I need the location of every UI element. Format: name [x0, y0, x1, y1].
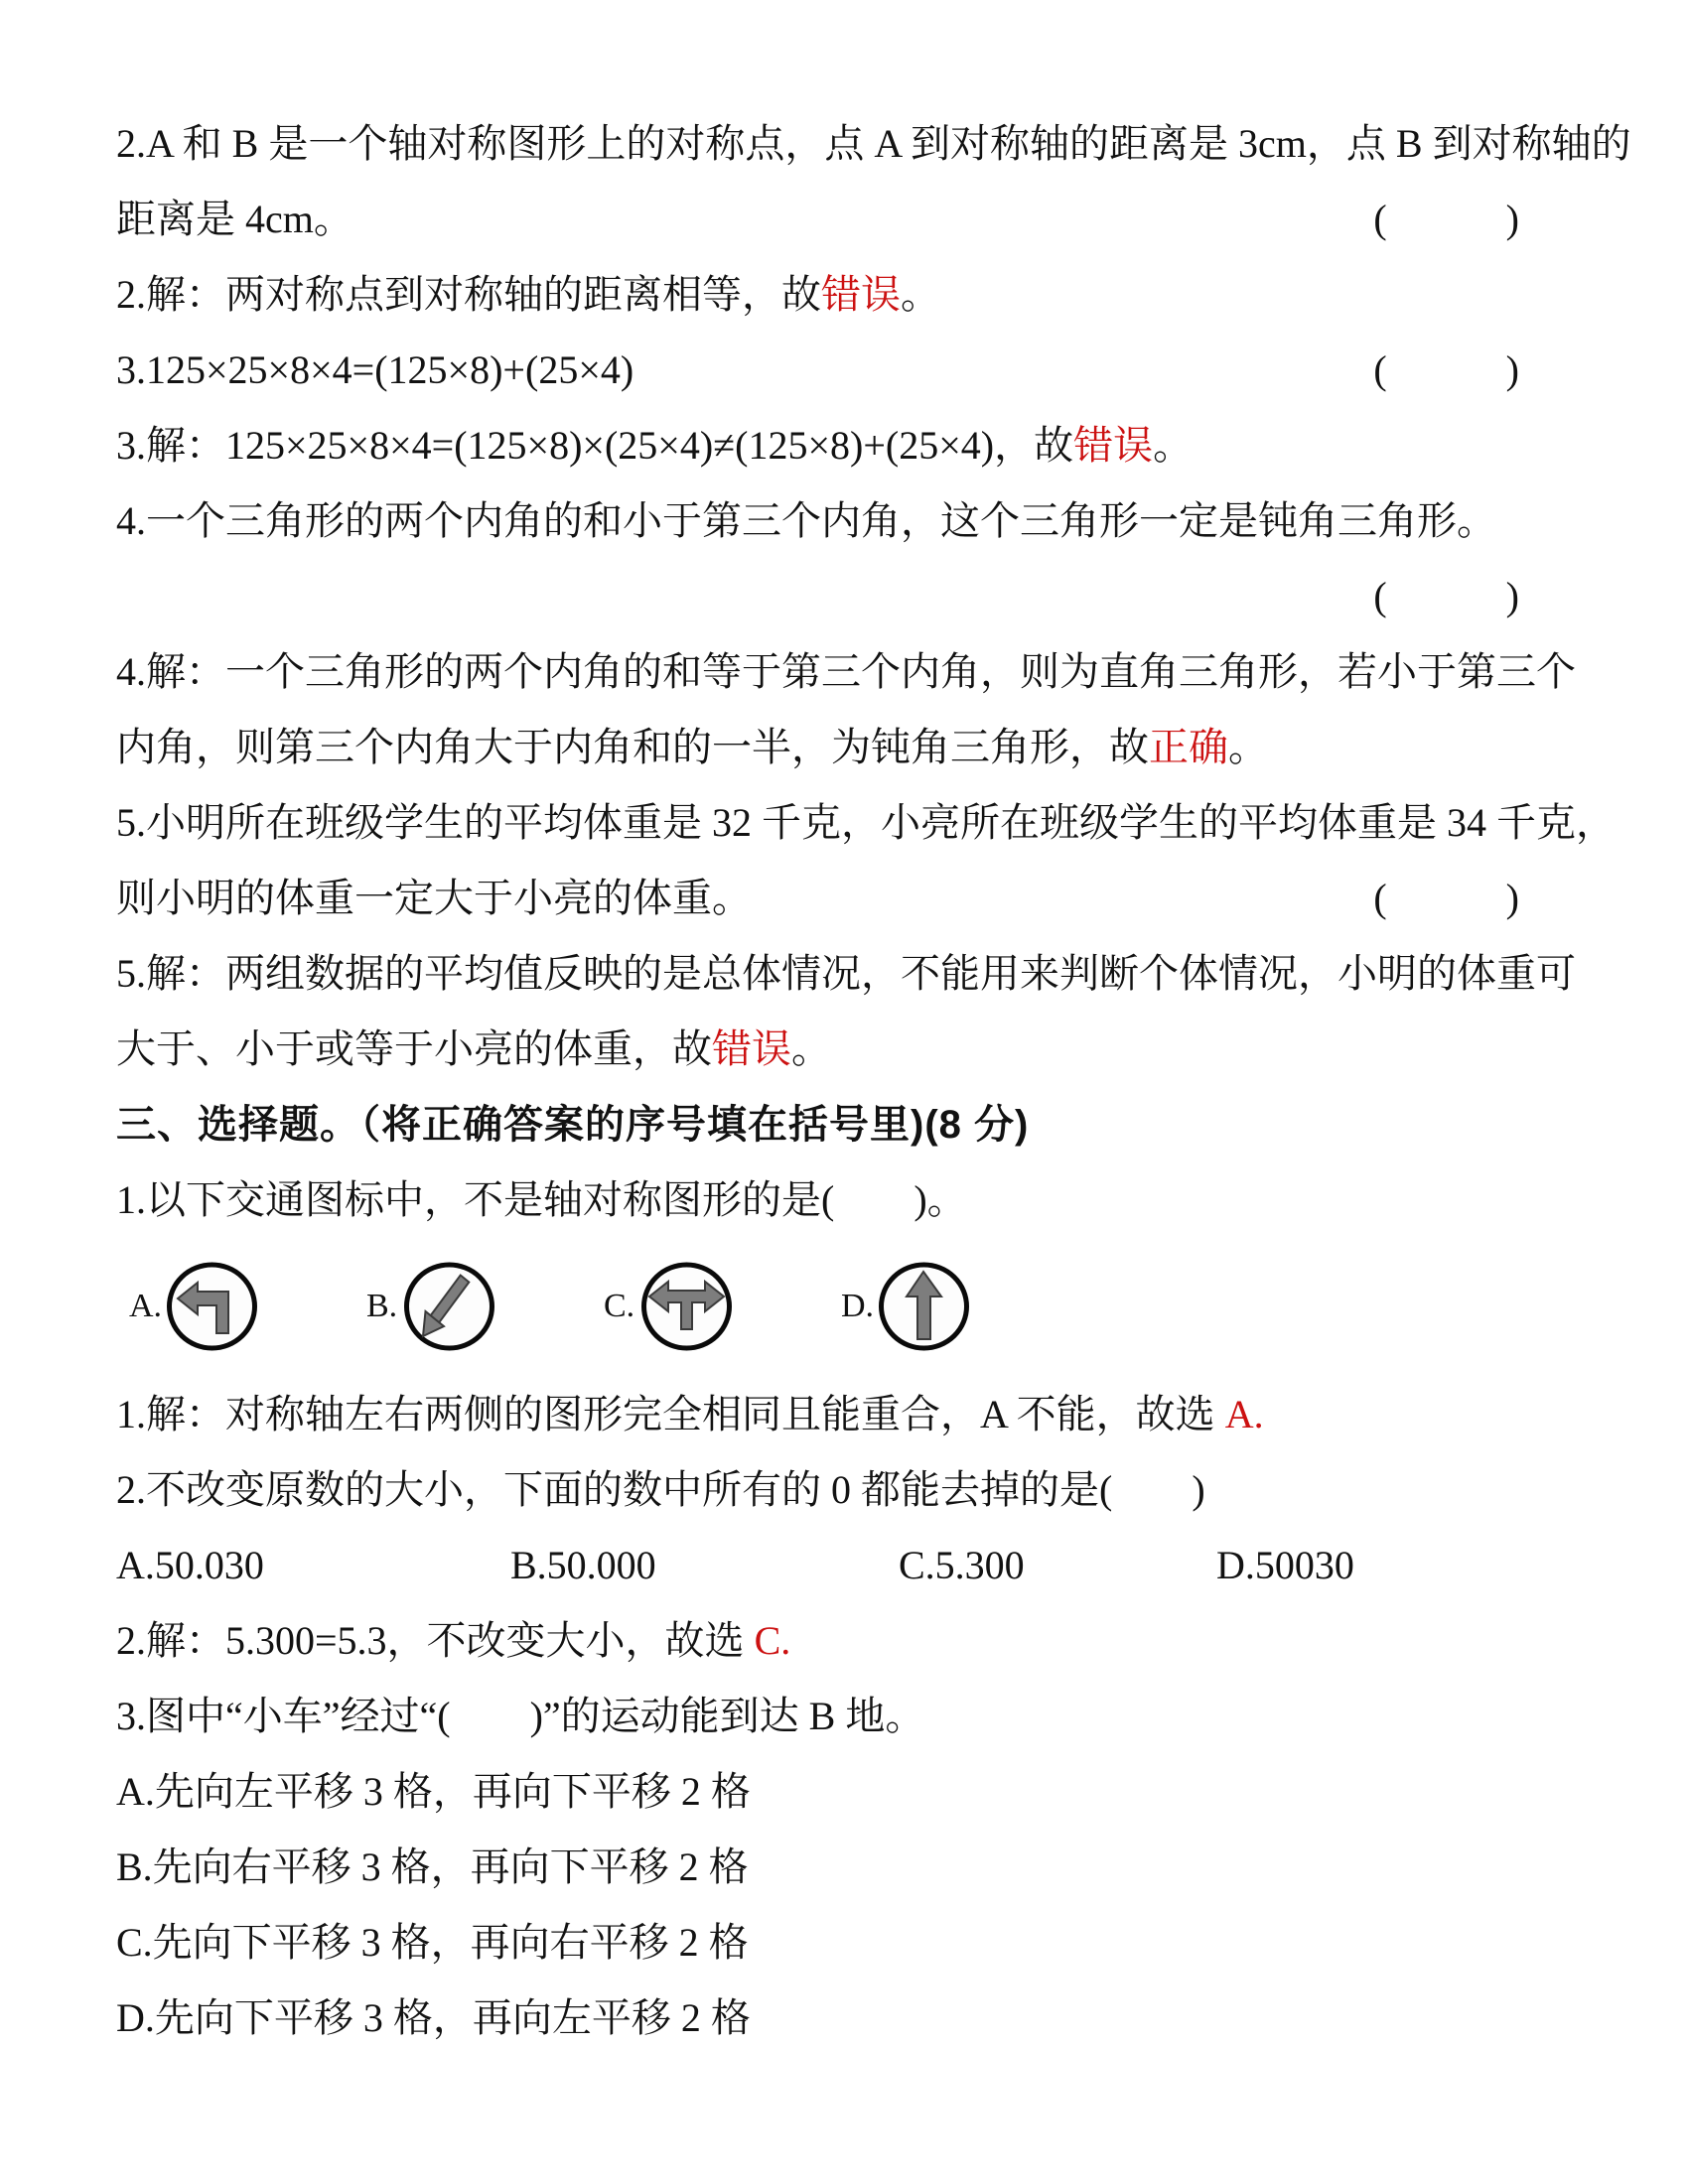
q5-solution-line1: 5.解：两组数据的平均值反映的是总体情况，不能用来判断个体情况，小明的体重可 [116, 936, 1618, 1012]
q2-statement-line1: 2.A 和 B 是一个轴对称图形上的对称点，点 A 到对称轴的距离是 3cm，点… [116, 106, 1618, 182]
mc2-solution-answer: C. [755, 1603, 791, 1679]
mc1-question-text: 1.以下交通图标中，不是轴对称图形的是( )。 [116, 1162, 967, 1238]
q5-solution-line1-text: 5.解：两组数据的平均值反映的是总体情况，不能用来判断个体情况，小明的体重可 [116, 936, 1576, 1012]
mc2-option-b: B.50.000 [510, 1528, 899, 1603]
q4-paren-line: ( ) [116, 559, 1618, 634]
up-arrow-icon [877, 1261, 971, 1352]
mc1-solution: 1.解：对称轴左右两侧的图形完全相同且能重合，A 不能，故选 A. [116, 1377, 1618, 1452]
q3-solution-suffix: 。 [1153, 408, 1193, 483]
section3-heading-text: 三、选择题。（将正确答案的序号填在括号里)(8 分) [116, 1087, 1029, 1162]
sign-a-label: A. [129, 1288, 165, 1325]
mc3-option-a-text: A.先向左平移 3 格，再向下平移 2 格 [116, 1754, 751, 1830]
mc1-solution-answer: A. [1225, 1377, 1264, 1452]
q5-solution-suffix: 。 [791, 1012, 831, 1087]
mc2-question-text: 2.不改变原数的大小，下面的数中所有的 0 都能去掉的是( ) [116, 1452, 1205, 1528]
mc3-option-d-text: D.先向下平移 3 格，再向左平移 2 格 [116, 1980, 751, 2056]
q3-solution-answer: 错误 [1073, 408, 1153, 483]
mc1-question: 1.以下交通图标中，不是轴对称图形的是( )。 [116, 1162, 1618, 1238]
q5-answer-paren: ( ) [1373, 861, 1519, 936]
q4-answer-paren: ( ) [1373, 559, 1519, 634]
q3-solution-prefix: 3.解：125×25×8×4=(125×8)×(25×4)≠(125×8)+(2… [116, 408, 1073, 483]
q3-statement-text: 3.125×25×8×4=(125×8)+(25×4) [116, 333, 633, 408]
q5-statement-line2-text: 则小明的体重一定大于小亮的体重。 [116, 861, 752, 936]
mc2-solution-prefix: 2.解：5.300=5.3，不改变大小，故选 [116, 1603, 755, 1679]
sign-c-label: C. [604, 1288, 639, 1325]
sign-option-d: D. [841, 1261, 1078, 1352]
mc2-solution: 2.解：5.300=5.3，不改变大小，故选 C. [116, 1603, 1618, 1679]
q5-statement-line2: 则小明的体重一定大于小亮的体重。 ( ) [116, 861, 1618, 936]
q5-solution-answer: 错误 [712, 1012, 791, 1087]
q4-solution-suffix: 。 [1228, 710, 1268, 785]
sign-option-c: C. [604, 1261, 841, 1352]
section3-heading: 三、选择题。（将正确答案的序号填在括号里)(8 分) [116, 1087, 1618, 1162]
q4-solution-line1: 4.解：一个三角形的两个内角的和等于第三个内角，则为直角三角形，若小于第三个 [116, 634, 1618, 710]
q4-solution-line2-prefix: 内角，则第三个内角大于内角和的一半，为钝角三角形，故 [116, 710, 1149, 785]
q2-solution: 2.解：两对称点到对称轴的距离相等，故错误。 [116, 257, 1618, 333]
mc3-option-c: C.先向下平移 3 格，再向右平移 2 格 [116, 1905, 1618, 1980]
sign-d-label: D. [841, 1288, 877, 1325]
q2-statement-line2: 距离是 4cm。 ( ) [116, 182, 1618, 257]
mc2-question: 2.不改变原数的大小，下面的数中所有的 0 都能去掉的是( ) [116, 1452, 1618, 1528]
double-horizontal-arrow-icon [639, 1261, 734, 1352]
q2-answer-paren: ( ) [1373, 182, 1519, 257]
mc2-option-c: C.5.300 [899, 1528, 1216, 1603]
q5-solution-line2: 大于、小于或等于小亮的体重，故错误。 [116, 1012, 1618, 1087]
q3-statement: 3.125×25×8×4=(125×8)+(25×4) ( ) [116, 333, 1618, 408]
exam-page: 2.A 和 B 是一个轴对称图形上的对称点，点 A 到对称轴的距离是 3cm，点… [0, 0, 1688, 2184]
left-turn-arrow-icon [165, 1261, 259, 1352]
q4-solution-answer: 正确 [1149, 710, 1228, 785]
q2-statement-line2-text: 距离是 4cm。 [116, 182, 353, 257]
q5-statement-line1: 5.小明所在班级学生的平均体重是 32 千克，小亮所在班级学生的平均体重是 34… [116, 785, 1618, 861]
mc3-question-text: 3.图中“小车”经过“( )”的运动能到达 B 地。 [116, 1679, 924, 1754]
mc3-option-a: A.先向左平移 3 格，再向下平移 2 格 [116, 1754, 1618, 1830]
q5-solution-line2-prefix: 大于、小于或等于小亮的体重，故 [116, 1012, 712, 1087]
mc3-question: 3.图中“小车”经过“( )”的运动能到达 B 地。 [116, 1679, 1618, 1754]
q4-statement: 4.一个三角形的两个内角的和小于第三个内角，这个三角形一定是钝角三角形。 [116, 483, 1618, 559]
q5-statement-line1-text: 5.小明所在班级学生的平均体重是 32 千克，小亮所在班级学生的平均体重是 34… [116, 785, 1616, 861]
sign-option-a: A. [129, 1261, 366, 1352]
mc3-option-c-text: C.先向下平移 3 格，再向右平移 2 格 [116, 1905, 749, 1980]
q3-solution: 3.解：125×25×8×4=(125×8)×(25×4)≠(125×8)+(2… [116, 408, 1618, 483]
q2-solution-suffix: 。 [901, 257, 940, 333]
traffic-sign-row: A. B. C. D. [129, 1261, 1618, 1352]
mc3-option-b-text: B.先向右平移 3 格，再向下平移 2 格 [116, 1830, 749, 1905]
q4-statement-text: 4.一个三角形的两个内角的和小于第三个内角，这个三角形一定是钝角三角形。 [116, 483, 1496, 559]
q2-solution-prefix: 2.解：两对称点到对称轴的距离相等，故 [116, 257, 821, 333]
mc1-solution-prefix: 1.解：对称轴左右两侧的图形完全相同且能重合，A 不能，故选 [116, 1377, 1225, 1452]
q2-solution-answer: 错误 [821, 257, 901, 333]
q3-answer-paren: ( ) [1373, 333, 1519, 408]
diagonal-down-left-arrow-icon [402, 1261, 496, 1352]
mc2-option-d: D.50030 [1216, 1528, 1354, 1603]
mc2-options-row: A.50.030 B.50.000 C.5.300 D.50030 [116, 1528, 1618, 1603]
q4-solution-line2: 内角，则第三个内角大于内角和的一半，为钝角三角形，故正确。 [116, 710, 1618, 785]
mc3-option-d: D.先向下平移 3 格，再向左平移 2 格 [116, 1980, 1618, 2056]
mc2-option-a: A.50.030 [116, 1528, 510, 1603]
sign-option-b: B. [366, 1261, 604, 1352]
q2-statement-line1-text: 2.A 和 B 是一个轴对称图形上的对称点，点 A 到对称轴的距离是 3cm，点… [116, 106, 1631, 182]
mc3-option-b: B.先向右平移 3 格，再向下平移 2 格 [116, 1830, 1618, 1905]
sign-b-label: B. [366, 1288, 402, 1325]
q4-solution-line1-text: 4.解：一个三角形的两个内角的和等于第三个内角，则为直角三角形，若小于第三个 [116, 634, 1576, 710]
